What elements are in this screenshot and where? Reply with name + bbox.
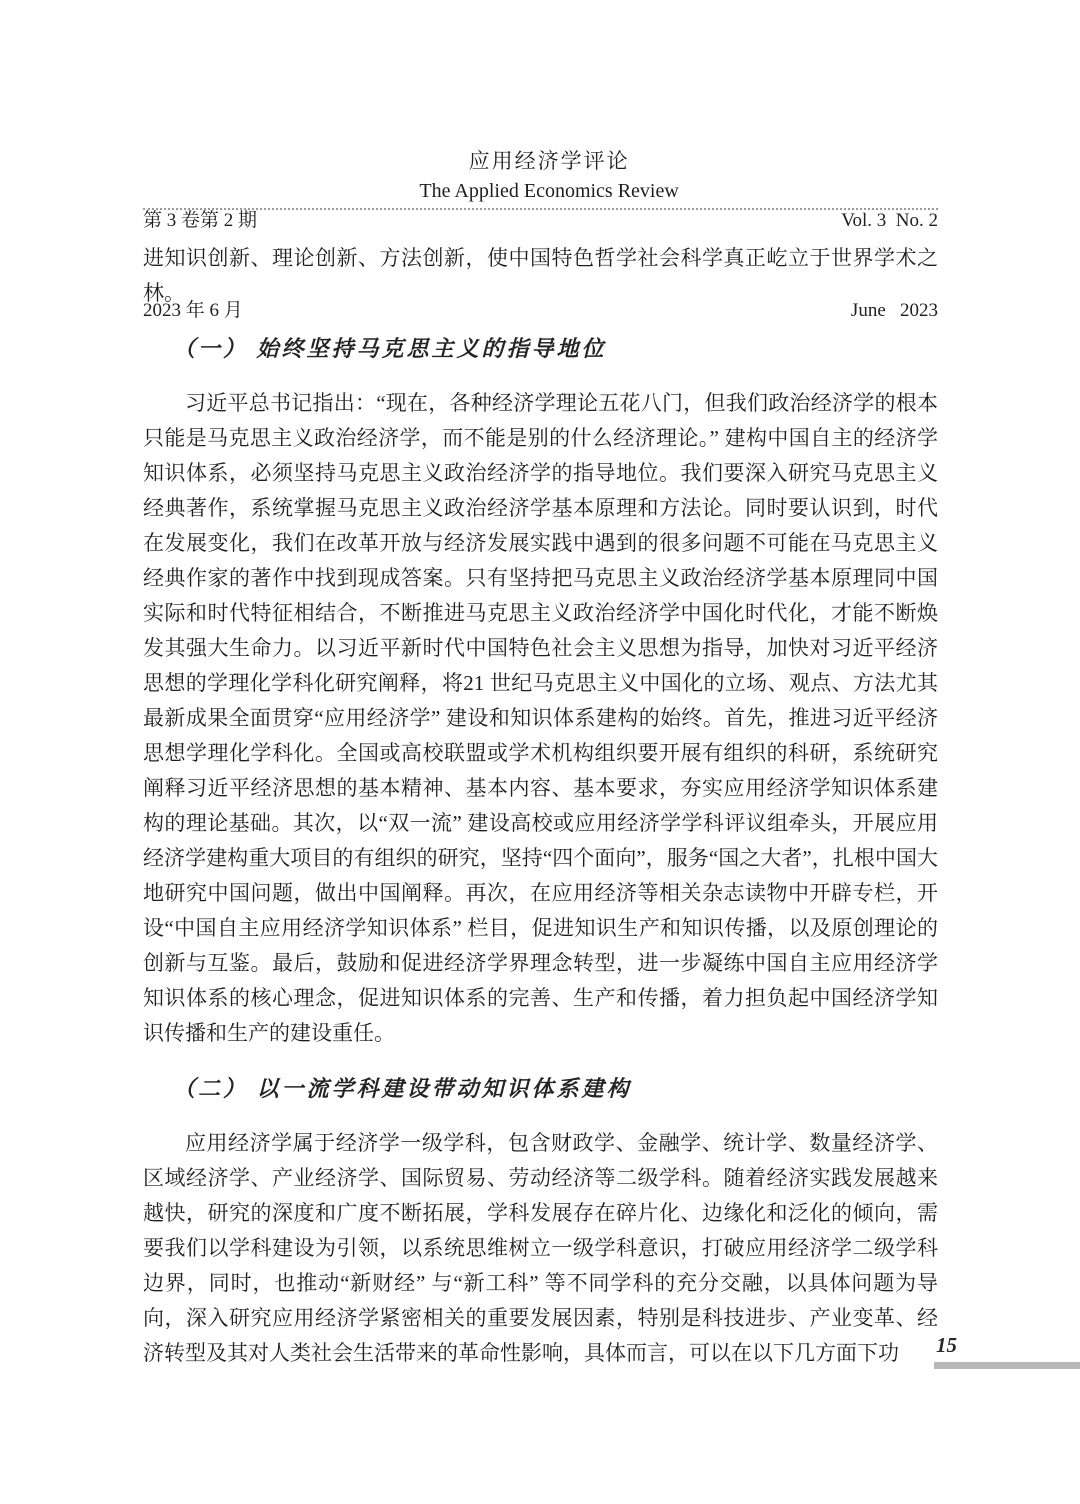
journal-page: 第 3 卷第 2 期 2023 年 6 月 应用经济学评论 The Applie… [0,0,1080,1504]
article-body: 进知识创新、理论创新、方法创新，使中国特色哲学社会科学真正屹立于世界学术之林。 … [143,241,938,1371]
journal-title-en: The Applied Economics Review [419,176,678,206]
journal-title-cn: 应用经济学评论 [419,146,678,176]
section-2-paragraph: 应用经济学属于经济学一级学科，包含财政学、金融学、统计学、数量经济学、区域经济学… [143,1126,938,1371]
continued-paragraph-line: 进知识创新、理论创新、方法创新，使中国特色哲学社会科学真正屹立于世界学术之林。 [143,241,938,311]
volume-number-en: Vol. 3 No. 2 [841,206,938,236]
section-heading-2: （二） 以一流学科建设带动知识体系建构 [143,1071,938,1106]
section-heading-1: （一） 始终坚持马克思主义的指导地位 [143,331,938,366]
header-divider-rule [143,208,938,210]
page-number-bar [934,1362,1080,1369]
issue-number-cn: 第 3 卷第 2 期 [143,206,257,236]
section-1-paragraph: 习近平总书记指出：“现在，各种经济学理论五花八门，但我们政治经济学的根本只能是马… [143,386,938,1051]
page-number: 15 [936,1333,957,1358]
running-head-center: 应用经济学评论 The Applied Economics Review [419,146,678,206]
